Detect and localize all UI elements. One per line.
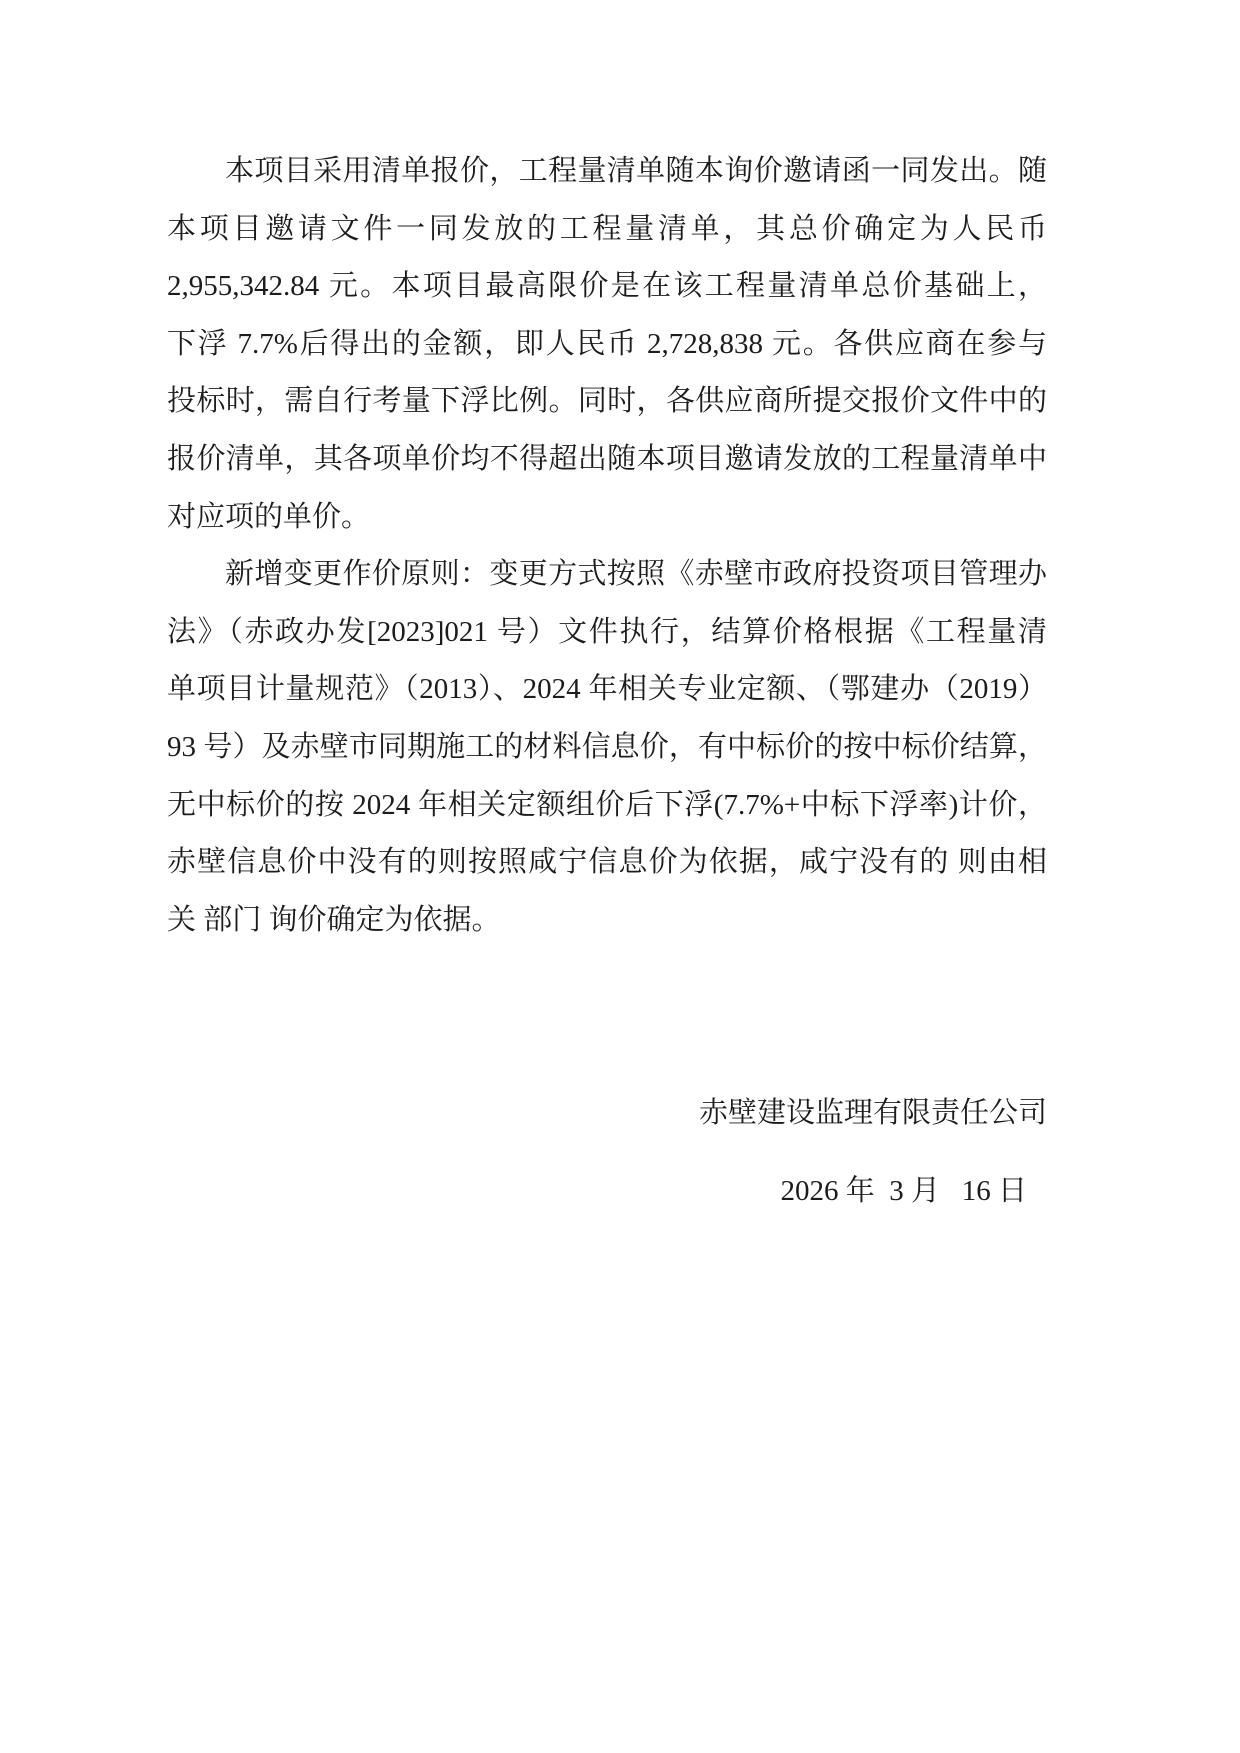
paragraph-line: 赤壁信息价中没有的则按照咸宁信息价为依据，咸宁没有的 则由相 <box>167 834 1047 892</box>
paragraph-line: 法》（赤政办发[2023]021 号）文件执行，结算价格根据《工程量清 <box>167 604 1047 662</box>
paragraph-line: 2,955,342.84 元。本项目最高限价是在该工程量清单总价基础上， <box>167 258 1047 316</box>
paragraph-line: 对应项的单价。 <box>167 489 1047 547</box>
paragraph-change-pricing-rules: 新增变更作价原则：变更方式按照《赤壁市政府投资项目管理办 法》（赤政办发[202… <box>167 546 1047 949</box>
paragraph-line: 本项目邀请文件一同发放的工程量清单，其总价确定为人民币 <box>167 201 1047 259</box>
paragraph-line: 下浮 7.7%后得出的金额，即人民币 2,728,838 元。各供应商在参与 <box>167 316 1047 374</box>
paragraph-line: 新增变更作价原则：变更方式按照《赤壁市政府投资项目管理办 <box>167 546 1047 604</box>
paragraph-line: 关 部门 询价确定为依据。 <box>167 892 1047 950</box>
paragraph-line: 报价清单，其各项单价均不得超出随本项目邀请发放的工程量清单中 <box>167 431 1047 489</box>
paragraph-line: 投标时，需自行考量下浮比例。同时，各供应商所提交报价文件中的 <box>167 373 1047 431</box>
paragraph-line: 无中标价的按 2024 年相关定额组价后下浮(7.7%+中标下浮率)计价， <box>167 777 1047 835</box>
document-page: 本项目采用清单报价，工程量清单随本询价邀请函一同发出。随 本项目邀请文件一同发放… <box>0 0 1240 1753</box>
paragraph-line: 单项目计量规范》（2013）、2024 年相关专业定额、（鄂建办（2019） <box>167 661 1047 719</box>
paragraph-line: 93 号）及赤壁市同期施工的材料信息价，有中标价的按中标价结算， <box>167 719 1047 777</box>
signature-block: 赤壁建设监理有限责任公司 2026 年 3 月 16 日 <box>167 1085 1047 1220</box>
signature-company: 赤壁建设监理有限责任公司 <box>167 1085 1047 1143</box>
paragraph-line: 本项目采用清单报价，工程量清单随本询价邀请函一同发出。随 <box>167 143 1047 201</box>
signature-date: 2026 年 3 月 16 日 <box>167 1163 1047 1221</box>
document-body: 本项目采用清单报价，工程量清单随本询价邀请函一同发出。随 本项目邀请文件一同发放… <box>167 143 1047 1221</box>
paragraph-pricing: 本项目采用清单报价，工程量清单随本询价邀请函一同发出。随 本项目邀请文件一同发放… <box>167 143 1047 546</box>
